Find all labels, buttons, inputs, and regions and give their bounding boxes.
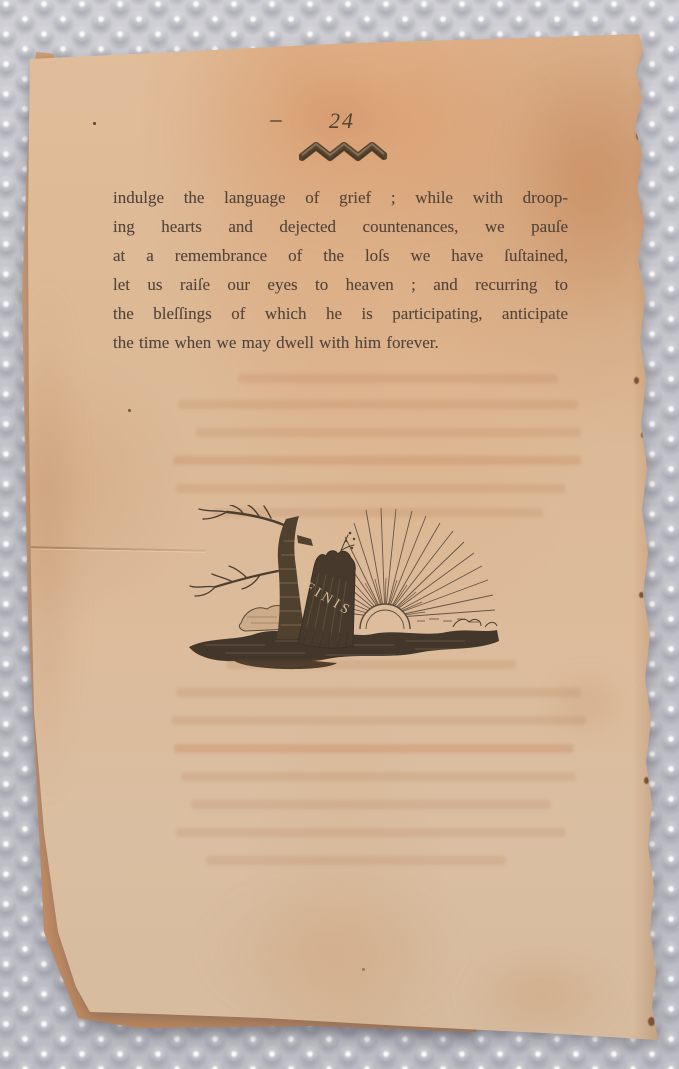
text-line: the time when we may dwell with him fore…: [113, 328, 568, 357]
show-through-line: [173, 456, 581, 465]
paper-stain: [459, 947, 624, 1042]
text-line: let us raiſe our eyes to heaven ; and re…: [113, 270, 568, 299]
finis-tailpiece-engraving: FINIS: [185, 505, 505, 670]
zigzag-ornament-icon: [299, 140, 387, 166]
body-paragraph: indulge the language of grief ; while wi…: [113, 183, 568, 357]
show-through-line: [196, 428, 581, 437]
book-page-shadow: 24 indulge the language of grief ; while…: [0, 0, 679, 1069]
show-through-line: [178, 400, 578, 409]
photo-of-book-page: { "document": { "page_number": "24", "pa…: [0, 0, 679, 1069]
edge-spot: [644, 777, 649, 784]
shrubs-icon: [453, 619, 497, 627]
paper-stain: [539, 667, 634, 742]
edge-spot: [634, 377, 639, 384]
text-line: ing hearts and dejected countenances, we…: [113, 212, 568, 241]
show-through-line: [176, 484, 566, 493]
show-through-line: [206, 856, 506, 865]
ink-speck: [128, 409, 131, 412]
text-line: at a remembrance of the loſs we have ſuſ…: [113, 241, 568, 270]
paper-stain: [18, 282, 78, 802]
show-through-line: [238, 374, 558, 383]
page-number: 24: [24, 108, 660, 134]
tombstone-icon: FINIS: [298, 551, 355, 648]
show-through-line: [171, 716, 586, 725]
sunburst-icon: [338, 508, 495, 618]
show-through-line: [191, 800, 551, 809]
show-through-line: [176, 828, 566, 837]
paper-stain: [199, 877, 464, 1022]
text-line: indulge the language of grief ; while wi…: [113, 183, 568, 212]
edge-spot: [648, 1017, 655, 1026]
text-line: the bleſſings of which he is participati…: [113, 299, 568, 328]
ink-speck: [362, 968, 365, 971]
paper-crease: [30, 546, 206, 551]
book-page: 24 indulge the language of grief ; while…: [24, 32, 664, 1044]
show-through-region-lower: [146, 660, 591, 885]
show-through-line: [174, 744, 574, 753]
show-through-line: [176, 688, 581, 697]
show-through-region-upper: [148, 372, 588, 524]
edge-spot: [641, 432, 645, 438]
edge-spot: [636, 132, 642, 140]
edge-spot: [642, 208, 647, 214]
show-through-line: [181, 772, 576, 781]
edge-spot: [639, 592, 644, 598]
